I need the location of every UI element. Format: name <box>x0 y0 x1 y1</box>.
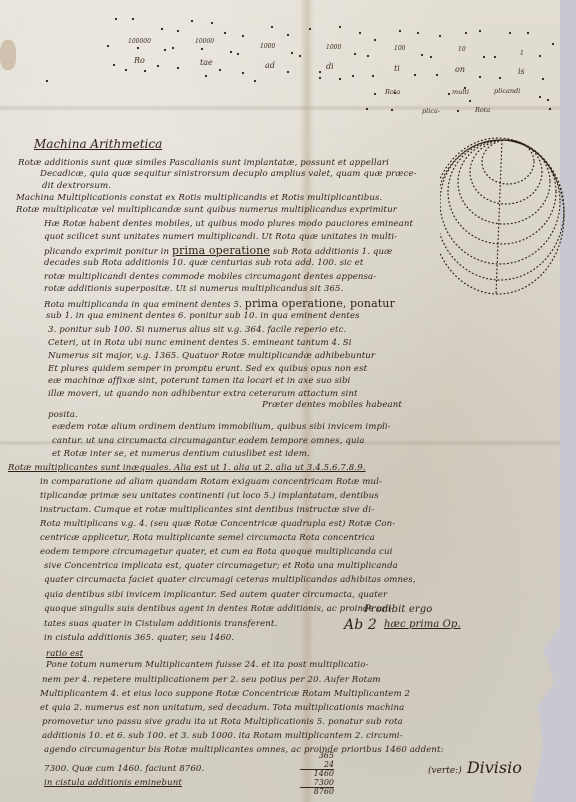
place-value-1000: 1000 <box>260 43 275 50</box>
text-line: posita. <box>48 410 78 421</box>
place-value-1000b: 1000 <box>326 44 341 51</box>
margin-note-prima-op: hæc prima Op. <box>384 619 461 630</box>
margin-note-ab2: Ab 2 <box>344 620 377 631</box>
text-line: 3. ponitur sub 100. Si numerus alius sit… <box>48 325 346 336</box>
text-line: quoque singulis suis dentibus agent in d… <box>44 604 394 615</box>
text-line: Rota multiplicans v.g. 4. (seu quæ Rotæ … <box>40 519 395 530</box>
header-label: ti <box>394 64 400 73</box>
text-line: in cistula additionis 365. quater, seu 1… <box>44 633 234 644</box>
text-line: tiplicandæ primæ seu unitates continenti… <box>40 491 379 502</box>
text-line: Machina Multiplicationis constat ex Roti… <box>16 193 382 204</box>
text-line: Rotæ additionis sunt quæ similes Pascali… <box>18 158 389 169</box>
header-label: Ro <box>134 56 145 65</box>
place-value-10: 10 <box>458 46 466 53</box>
text-line: eodem tempore circumagetur quater, et cu… <box>40 547 392 558</box>
calc-result: 8760 <box>300 787 334 797</box>
text-line: instructam. Cumque et rotæ multiplicante… <box>40 505 374 516</box>
text-line: cantur. ut una circumacta circumagantur … <box>52 436 365 447</box>
text-line: et Rotæ inter se, et numerus dentium cui… <box>52 449 310 460</box>
dotted-place-value-grid <box>0 0 576 140</box>
text-line: ratio est <box>46 649 83 660</box>
text-line: 7300. Quæ cum 1460. faciunt 8760. <box>44 764 204 775</box>
text-line: Pone totum numerum Multiplicantem fuisse… <box>46 660 369 671</box>
place-value-1: 1 <box>520 50 524 57</box>
header-lower-label: Rota <box>475 106 490 114</box>
text-line: Hæ Rotæ habent dentes mobiles, ut quibus… <box>44 219 413 230</box>
catchword-word: Divisio <box>467 758 522 777</box>
text-fragment: Rotæ multiplicantes sunt inæquales. Alia… <box>8 463 366 473</box>
emphasis-prima-operatione: prima operatione, ponatur <box>245 297 395 310</box>
multiplication-calculation: 365 24 1460 7300 8760 <box>300 752 334 797</box>
text-line: decades sub Rota additionis 10. quæ cent… <box>44 258 363 269</box>
text-line: Et plures quidem semper in promptu erunt… <box>48 364 367 375</box>
text-line: Numerus sit major, v.g. 1365. Quatuor Ro… <box>48 351 375 362</box>
text-line: nem per 4. repetere multiplicationem per… <box>42 675 381 686</box>
text-line: in comparatione ad aliam quandam Rotam e… <box>40 477 382 488</box>
page-title: Machina Arithmetica <box>34 137 162 151</box>
concentric-wheel-diagram <box>440 120 576 300</box>
calc-multiplier: 24 <box>300 761 334 770</box>
text-line: illæ moveri, ut quando non adhibentur ex… <box>48 389 358 400</box>
text-line: plicando exprimit ponitur in prima opera… <box>44 245 392 258</box>
text-line: sub 1. in qua eminent dentes 6. ponitur … <box>46 311 360 322</box>
place-value-100: 100 <box>394 45 405 52</box>
header-label: tae <box>200 58 213 67</box>
text-line: rotæ multiplicandi dentes commode mobile… <box>44 272 376 283</box>
catchword-divisio: (verte:) Divisio <box>428 758 522 777</box>
text-line: rotæ additionis superpositæ. Ut si numer… <box>44 284 343 295</box>
header-lower-label: Rota <box>385 88 400 96</box>
text-fragment: Rota multiplicanda in qua eminent dentes… <box>44 300 242 310</box>
text-line: eædem rotæ alium ordinem dentium immobil… <box>52 422 391 433</box>
text-line: Ceteri, ut in Rota ubi nunc eminent dent… <box>48 338 352 349</box>
text-line: sive Concentrica implicata est, quater c… <box>44 561 398 572</box>
header-label: is <box>518 67 525 76</box>
place-value-10000: 10000 <box>195 38 214 45</box>
text-line: et quia 2. numerus est non unitatum, sed… <box>40 703 404 714</box>
text-line: Rota multiplicanda in qua eminent dentes… <box>44 298 395 311</box>
calc-partial-2: 7300 <box>300 779 334 788</box>
emphasis-prima-operatione: prima operatione <box>172 244 270 257</box>
text-line: Multiplicantem 4. et eius loco suppone R… <box>40 689 410 700</box>
header-lower-label: plica- <box>422 107 440 115</box>
text-fragment: plicando exprimit ponitur in <box>44 247 169 257</box>
header-label: ad <box>265 61 275 70</box>
text-line: quot scilicet sunt unitates numeri multi… <box>44 232 397 243</box>
catchword-prefix: (verte:) <box>428 766 462 776</box>
header-lower-label: plicandi <box>494 87 520 95</box>
text-line: in cistula additionis eminebunt <box>44 778 182 789</box>
text-line: eæ machinæ affixæ sint, poterunt tamen i… <box>48 376 350 387</box>
text-line: Rotæ multiplicantes sunt inæquales. Alia… <box>8 463 366 474</box>
text-line: promovetur uno passu sive gradu ita ut R… <box>42 717 403 728</box>
text-line: tates suas quater in Cistulam additionis… <box>44 619 277 630</box>
header-label: di <box>326 62 334 71</box>
place-value-100000: 100000 <box>128 38 151 45</box>
text-line: centricæ applicetur, Rota multiplicante … <box>40 533 375 544</box>
header-lower-label: multi <box>452 88 469 96</box>
text-line: Rotæ multiplicatæ vel multiplicandæ sunt… <box>16 205 397 216</box>
text-line: quia dentibus sibi invicem implicantur. … <box>44 590 387 601</box>
text-line: quater circumacta faciet quater circumag… <box>44 575 416 586</box>
text-line: additionis 10. et 6. sub 100. et 3. sub … <box>42 731 403 742</box>
text-line: agendo circumagentur bis Rotæ multiplica… <box>44 745 444 756</box>
text-line: Prodibit ergo <box>364 604 432 615</box>
header-label: on <box>455 65 465 74</box>
text-line: dit dextrorsum. <box>42 181 111 192</box>
text-line: Præter dentes mobiles habeant <box>262 400 402 411</box>
text-fragment: sub Rota additionis 1. quæ <box>273 247 392 257</box>
text-line: Decadicæ, quia quæ sequitur sinistrorsum… <box>40 169 417 180</box>
